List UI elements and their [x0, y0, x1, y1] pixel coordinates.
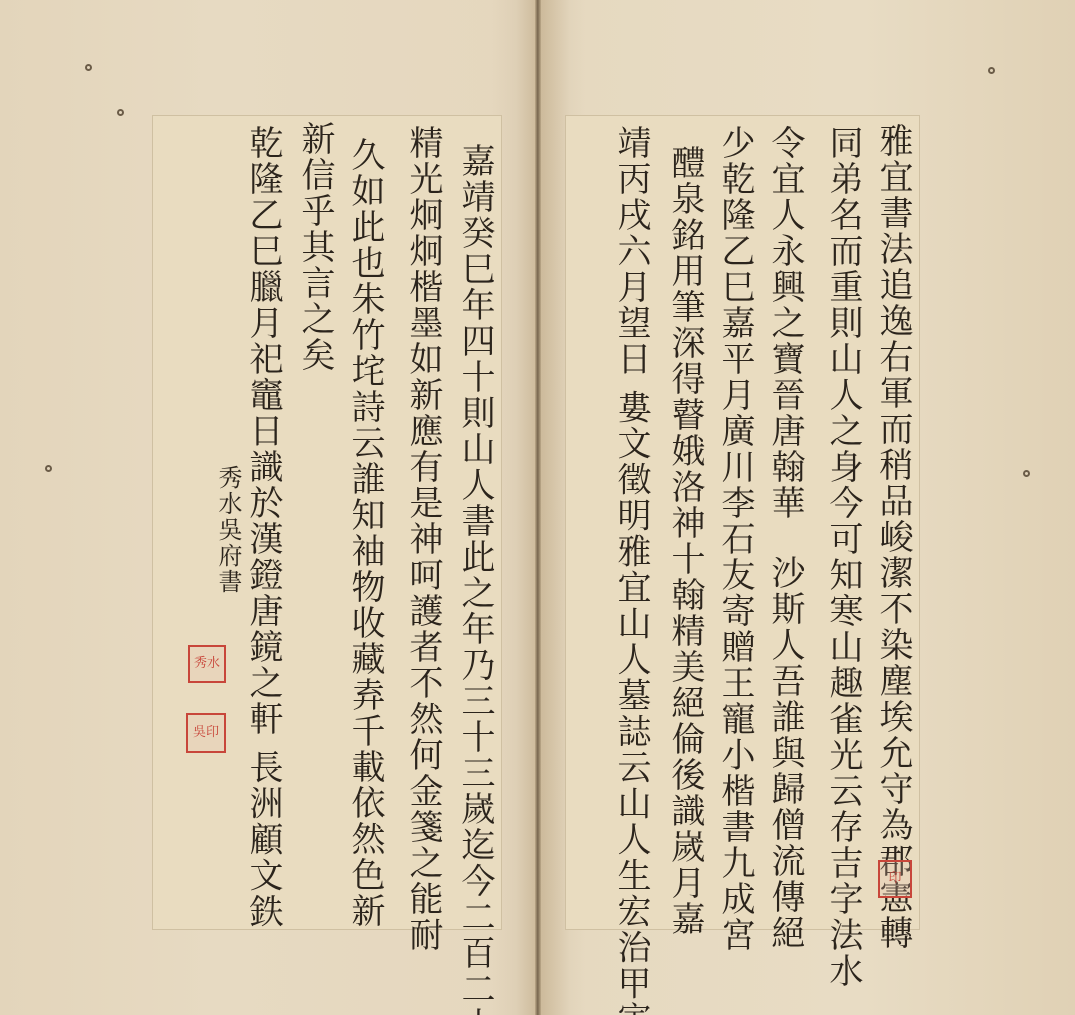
calligraphy-column: 同弟名而重則山人之身今可知寒山趣雀光云存吉字法水: [826, 125, 860, 925]
calligraphy-column: 精光炯炯楷墨如新應有是神呵護者不然何金箋之能耐: [406, 125, 440, 925]
seal-stamp: 秀水: [188, 645, 226, 683]
calligraphy-column: 令宜人永興之寶晉唐翰華: [768, 125, 802, 525]
album-spread: 嘉靖癸巳年四十則山人書此之年乃三十三嵗迄今二百二十年矣 精光炯炯楷墨如新應有是神…: [0, 0, 1075, 1015]
left-calligraphy-leaf: 嘉靖癸巳年四十則山人書此之年乃三十三嵗迄今二百二十年矣 精光炯炯楷墨如新應有是神…: [152, 115, 502, 930]
binding-hole: [988, 67, 995, 74]
signature-column: 秀水吳府書: [216, 465, 240, 645]
calligraphy-column: 沙斯人吾誰與歸僧流傳絕: [768, 555, 802, 935]
binding-hole: [45, 465, 52, 472]
calligraphy-column: 雅宜書法追逸右軍而稍品峻潔不染塵埃允守為郡憲轉: [876, 123, 910, 923]
binding-hole: [1023, 470, 1030, 477]
calligraphy-column: 乾隆乙巳臘月祀竈日識於漢鐙唐鏡之軒 長洲顧文鉄: [246, 125, 280, 805]
binding-hole: [85, 64, 92, 71]
right-calligraphy-leaf: 雅宜書法追逸右軍而稍品峻潔不染塵埃允守為郡憲轉 同弟名而重則山人之身今可知寒山趣…: [565, 115, 920, 930]
binding-hole: [117, 109, 124, 116]
calligraphy-column: 久如此也朱竹垞詩云誰知袖物收藏弆千載依然色新: [348, 137, 382, 917]
calligraphy-column: 醴泉銘用筆深得瞽娥洛神十翰精美絕倫後識嵗月嘉: [668, 145, 702, 925]
calligraphy-column: 嘉靖癸巳年四十則山人書此之年乃三十三嵗迄今二百二十年矣: [458, 143, 492, 933]
seal-stamp: 印: [878, 860, 912, 898]
calligraphy-column: 靖丙戌六月望日 婁文徵明雅宜山人墓誌云山人生宏治甲寅卒: [614, 125, 648, 925]
calligraphy-column: 新信乎其言之矣: [298, 121, 332, 421]
album-gutter: [535, 0, 541, 1015]
calligraphy-column: 少乾隆乙巳嘉平月廣川李石友寄贈王寵小楷書九成宮: [718, 125, 752, 925]
seal-stamp: 吳印: [186, 713, 226, 753]
